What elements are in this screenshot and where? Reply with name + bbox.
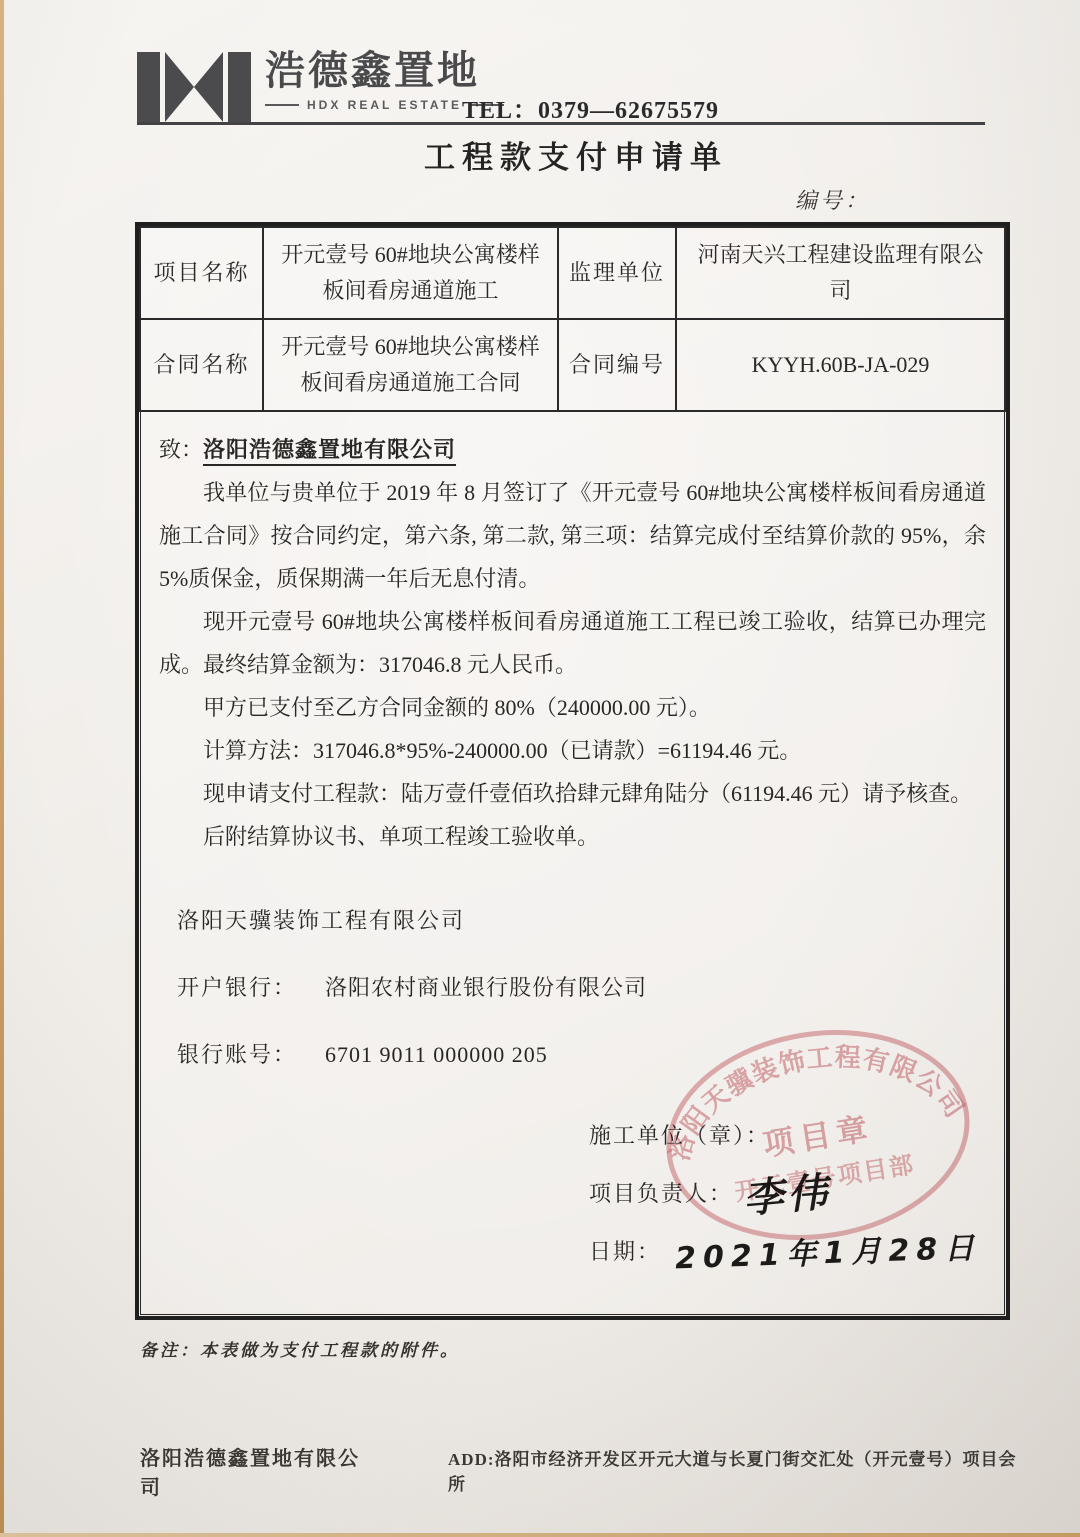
table-row: 合同名称 开元壹号 60#地块公寓楼样板间看房通道施工合同 合同编号 KYYH.… xyxy=(140,319,1005,411)
table-row: 项目名称 开元壹号 60#地块公寓楼样板间看房通道施工 监理单位 河南天兴工程建… xyxy=(140,227,1005,319)
contractor-name: 洛阳天骥装饰工程有限公司 xyxy=(177,904,465,935)
date-label: 日期： xyxy=(589,1235,661,1266)
addressee-company: 洛阳浩德鑫置地有限公司 xyxy=(203,437,456,462)
project-name-label: 项目名称 xyxy=(140,227,263,319)
addressee-line: 致：洛阳浩德鑫置地有限公司 xyxy=(159,428,986,471)
footer-address: ADD:洛阳市经济开发区开元大道与长夏门街交汇处（开元壹号）项目会所 xyxy=(448,1445,1020,1495)
logo-bar-right xyxy=(228,52,251,122)
bank-name: 洛阳农村商业银行股份有限公司 xyxy=(325,971,647,1002)
form-body-box: 项目名称 开元壹号 60#地块公寓楼样板间看房通道施工 监理单位 河南天兴工程建… xyxy=(135,222,1010,1320)
logo-bar-left xyxy=(137,52,160,122)
remark-note: 备注：本表做为支付工程款的附件。 xyxy=(140,1336,460,1361)
header-divider xyxy=(137,122,985,125)
brand-name-en: HDX REAL ESTATE xyxy=(307,98,462,112)
paragraph-contract-terms: 我单位与贵单位于 2019 年 8 月签订了《开元壹号 60#地块公寓楼样板间看… xyxy=(159,471,986,600)
contract-name-value: 开元壹号 60#地块公寓楼样板间看房通道施工合同 xyxy=(263,319,558,411)
project-manager-label: 项目负责人： xyxy=(589,1177,733,1208)
manager-signature: 李伟 xyxy=(741,1160,834,1224)
logo-triangle-right xyxy=(194,52,223,122)
page-title: 工程款支付申请单 xyxy=(137,132,985,177)
footer-company-name: 洛阳浩德鑫置地有限公司 xyxy=(140,1442,376,1500)
phone-number: TEL：0379—62675579 xyxy=(462,90,719,125)
paragraph-settlement: 现开元壹号 60#地块公寓楼样板间看房通道施工工程已竣工验收，结算已办理完成。最… xyxy=(159,600,986,686)
supervisor-value: 河南天兴工程建设监理有限公司 xyxy=(676,227,1005,319)
application-text: 致：洛阳浩德鑫置地有限公司 我单位与贵单位于 2019 年 8 月签订了《开元壹… xyxy=(139,412,1006,858)
scan-bottom-edge xyxy=(0,1533,1080,1537)
paragraph-request: 现申请支付工程款：陆万壹仟壹佰玖拾肆元肆角陆分（61194.46 元）请予核查。 xyxy=(159,772,986,815)
handwritten-date: 2021年1月28日 xyxy=(674,1223,981,1278)
contract-no-value: KYYH.60B-JA-029 xyxy=(676,319,1005,411)
addressee-label: 致： xyxy=(159,437,203,462)
project-name-value: 开元壹号 60#地块公寓楼样板间看房通道施工 xyxy=(263,227,558,319)
signature-block: 施工单位（章）： 项目负责人： 李伟 日期： 2021年1月28日 xyxy=(589,1105,1006,1279)
brand-dash-left xyxy=(265,104,299,106)
account-label: 银行账号： xyxy=(177,1038,297,1069)
document-number-label: 编号： xyxy=(795,184,870,215)
contractor-bank-block: 洛阳天骥装饰工程有限公司 开户银行： 洛阳农村商业银行股份有限公司 银行账号： … xyxy=(139,904,1006,1069)
page-footer: 洛阳浩德鑫置地有限公司 ADD:洛阳市经济开发区开元大道与长夏门街交汇处（开元壹… xyxy=(140,1442,1020,1500)
contract-no-label: 合同编号 xyxy=(558,319,676,411)
paragraph-attachments: 后附结算协议书、单项工程竣工验收单。 xyxy=(159,815,986,858)
brand-name-cn: 浩德鑫置地 xyxy=(265,48,504,94)
scanned-payment-application-form: 浩德鑫置地 HDX REAL ESTATE TEL：0379—62675579 … xyxy=(0,0,1080,1537)
scan-left-edge xyxy=(0,0,4,1537)
letterhead: 浩德鑫置地 HDX REAL ESTATE TEL：0379—62675579 xyxy=(137,48,985,122)
supervisor-label: 监理单位 xyxy=(558,227,676,319)
logo-triangle-left xyxy=(165,52,194,122)
paragraph-paid-amount: 甲方已支付至乙方合同金额的 80%（240000.00 元）。 xyxy=(159,686,986,729)
paragraph-calculation: 计算方法：317046.8*95%-240000.00（已请款）=61194.4… xyxy=(159,729,986,772)
project-info-table: 项目名称 开元壹号 60#地块公寓楼样板间看房通道施工 监理单位 河南天兴工程建… xyxy=(139,226,1006,412)
bank-label: 开户银行： xyxy=(177,971,297,1002)
contract-name-label: 合同名称 xyxy=(140,319,263,411)
brand-logo-icon xyxy=(137,52,251,122)
account-number: 6701 9011 000000 205 xyxy=(325,1042,548,1068)
construction-unit-label: 施工单位（章）： xyxy=(589,1119,770,1150)
